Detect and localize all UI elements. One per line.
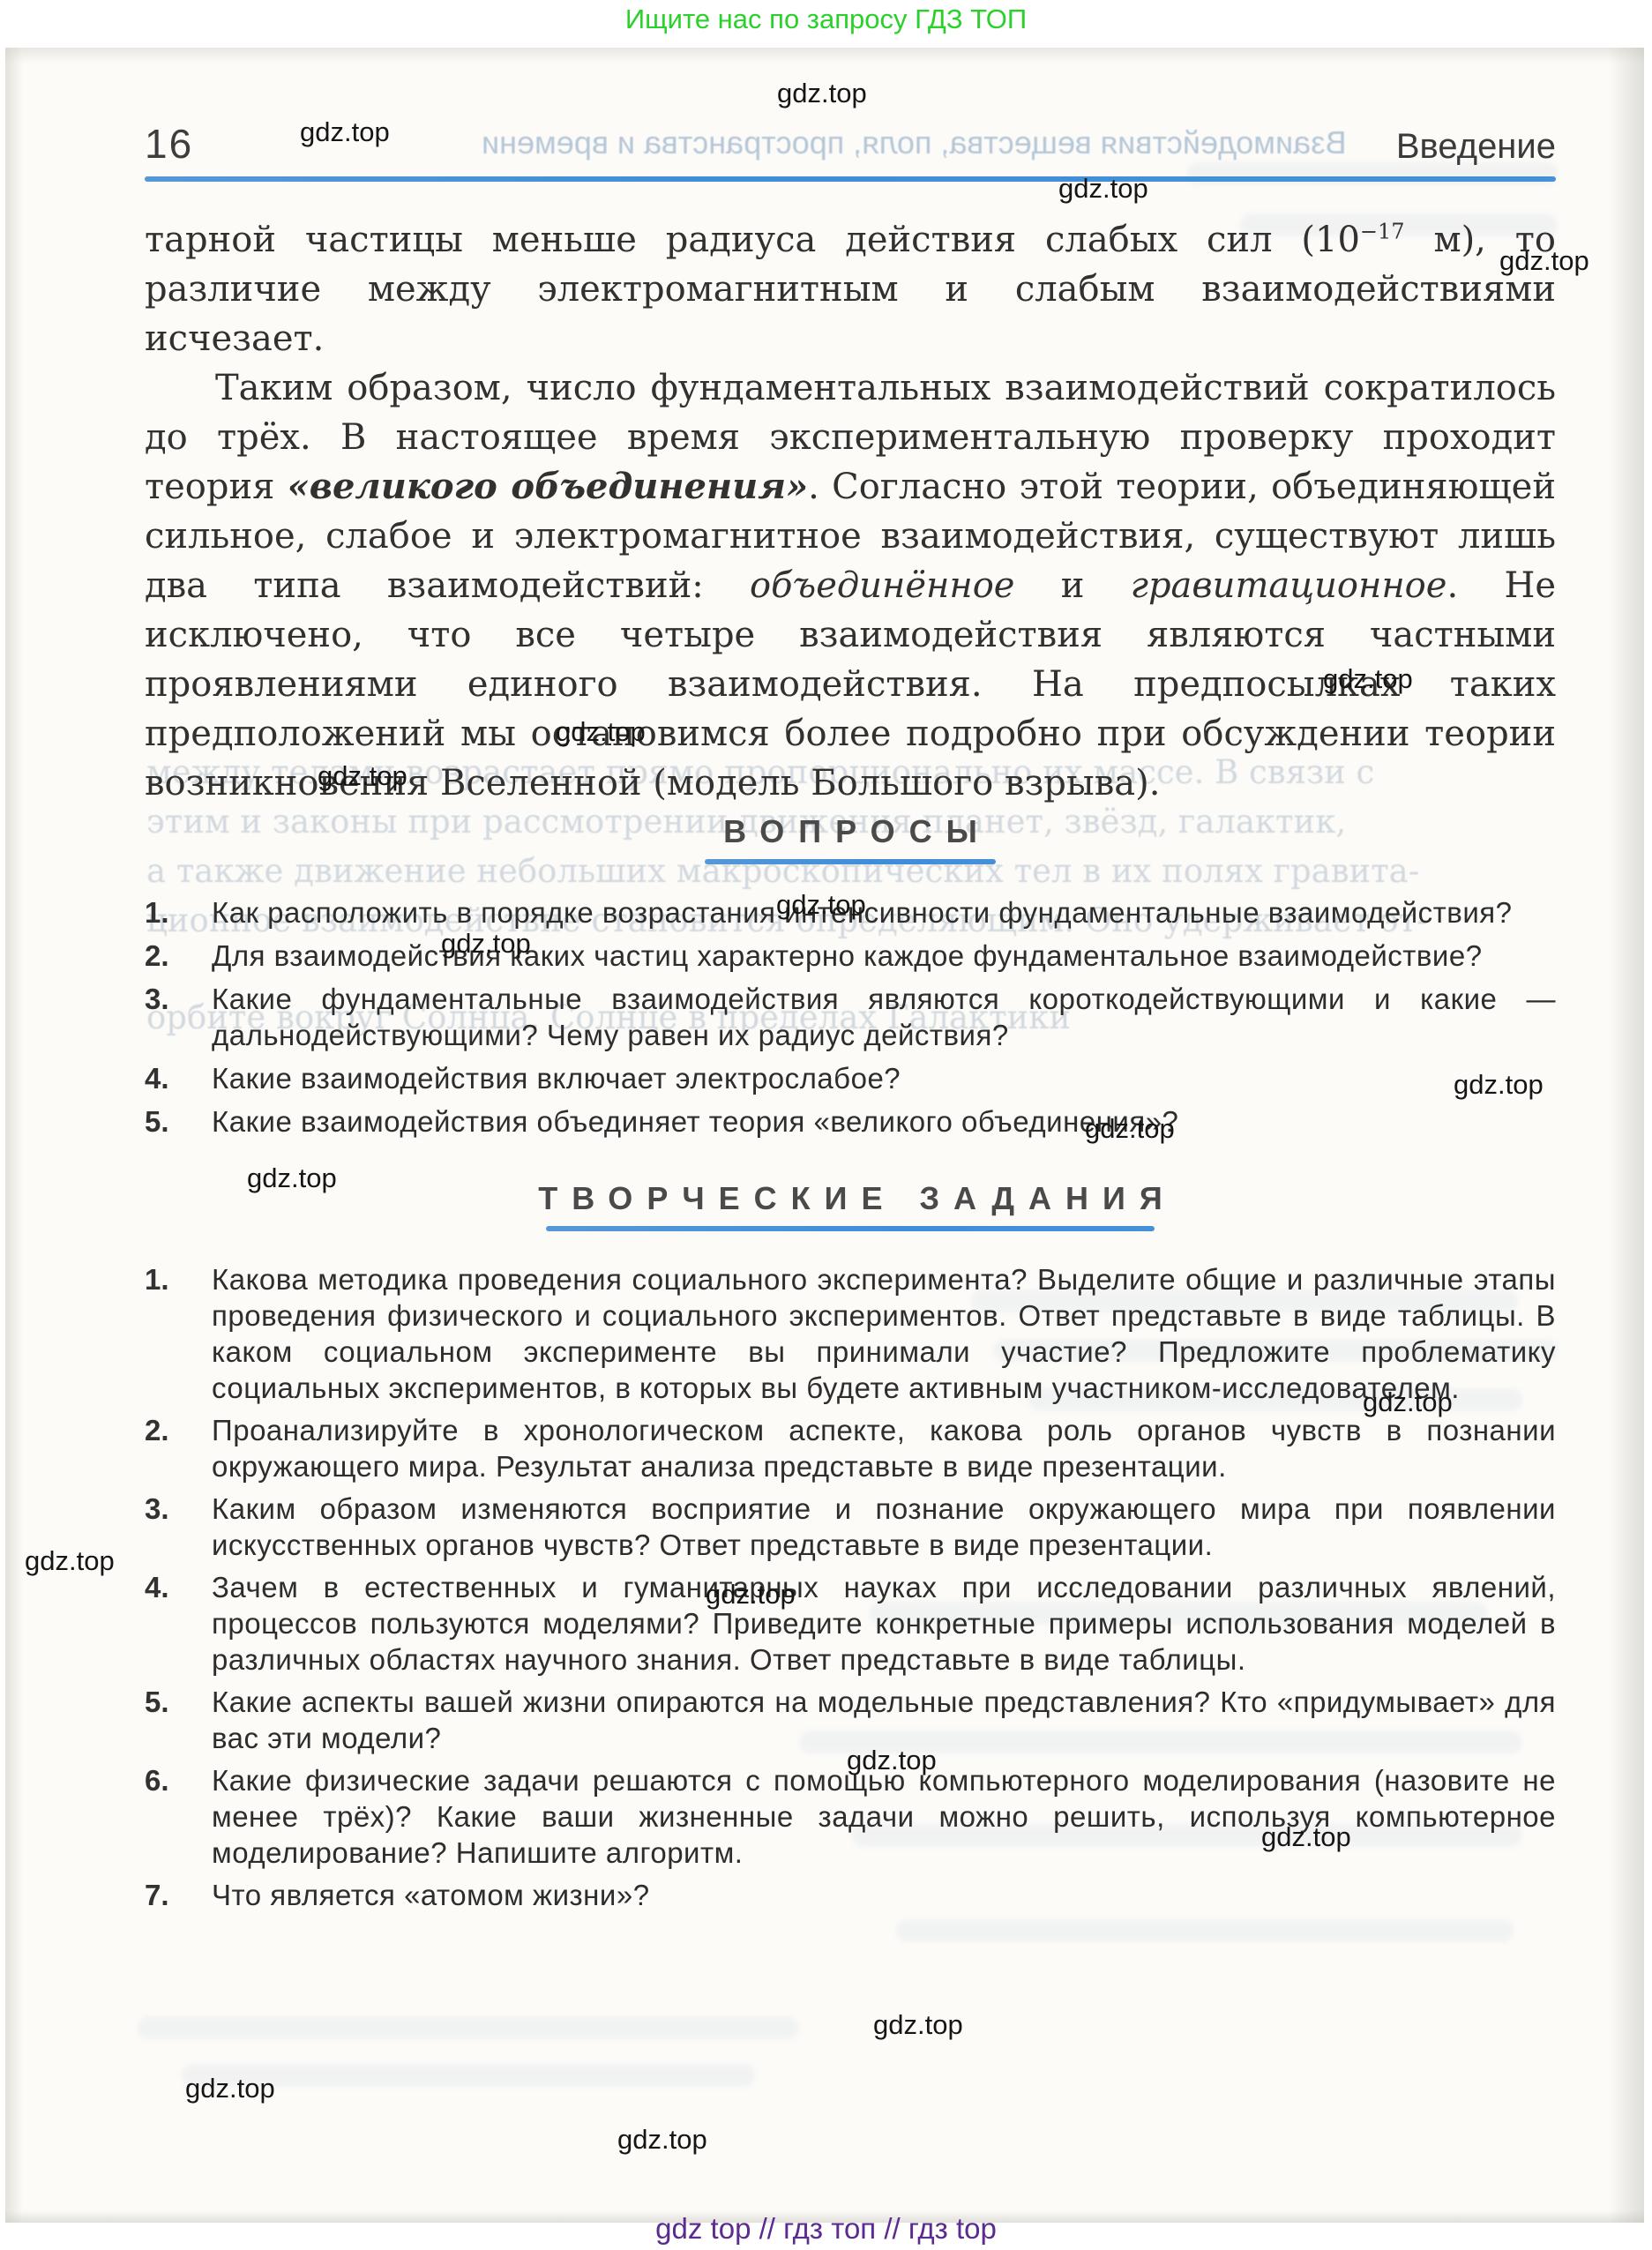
tasks-list: 1. Какова методика проведения социальног… xyxy=(145,1261,1556,1913)
task-item: 7. Что является «атомом жизни»? xyxy=(145,1877,1556,1913)
task-number: 2. xyxy=(145,1412,212,1484)
question-text: Какие взаимодействия объединяет теория «… xyxy=(212,1103,1556,1140)
question-number: 5. xyxy=(145,1103,212,1140)
promo-text: Ищите нас по запросу ГДЗ ТОП xyxy=(625,4,1027,34)
task-item: 4. Зачем в естественных и гуманитарных н… xyxy=(145,1569,1556,1678)
task-item: 2. Проанализируйте в хронологическом асп… xyxy=(145,1412,1556,1484)
watermark: gdz.top xyxy=(1499,245,1589,277)
intro-paragraph-1: тарной частицы меньше радиуса действия с… xyxy=(145,215,1556,363)
watermark: gdz.top xyxy=(300,116,390,148)
question-item: 3. Какие фундаментальные взаимодействия … xyxy=(145,981,1556,1053)
watermark: gdz.top xyxy=(1058,173,1148,205)
questions-list: 1. Как расположить в порядке возрастания… xyxy=(145,894,1556,1140)
watermark: gdz.top xyxy=(1323,663,1413,695)
task-number: 3. xyxy=(145,1491,212,1563)
watermark: gdz.top xyxy=(556,716,646,748)
task-item: 3. Каким образом изменяются восприятие и… xyxy=(145,1491,1556,1563)
task-text: Зачем в естественных и гуманитарных наук… xyxy=(212,1569,1556,1678)
task-text: Каким образом изменяются восприятие и по… xyxy=(212,1491,1556,1563)
task-text: Какие физические задачи решаются с помощ… xyxy=(212,1762,1556,1871)
task-item: 1. Какова методика проведения социальног… xyxy=(145,1261,1556,1406)
bleed-smudge xyxy=(138,2016,799,2039)
watermark: gdz.top xyxy=(706,1579,796,1611)
header-rule xyxy=(145,176,1556,182)
emphasis-grand-unification: «великого объединения» xyxy=(288,466,808,507)
watermark: gdz.top xyxy=(777,78,867,109)
bleed-smudge xyxy=(896,1919,1514,1942)
question-number: 1. xyxy=(145,894,212,931)
watermark: gdz.top xyxy=(873,2009,963,2041)
task-number: 4. xyxy=(145,1569,212,1678)
watermark: gdz.top xyxy=(185,2073,275,2104)
chapter-title: Введение xyxy=(1396,127,1556,167)
question-item: 2. Для взаимодействия каких частиц харак… xyxy=(145,938,1556,974)
watermark: gdz.top xyxy=(25,1545,115,1577)
question-text: Какие взаимодействия включает электросла… xyxy=(212,1060,1556,1096)
promo-banner: Ищите нас по запросу ГДЗ ТОП xyxy=(0,4,1652,35)
task-text: Что является «атомом жизни»? xyxy=(212,1877,1556,1913)
questions-underline xyxy=(705,859,996,864)
watermark: gdz.top xyxy=(617,2124,707,2156)
watermark: gdz.top xyxy=(247,1162,337,1194)
question-item: 5. Какие взаимодействия объединяет теори… xyxy=(145,1103,1556,1140)
task-number: 1. xyxy=(145,1261,212,1406)
intro-text: тарной частицы меньше радиуса действия с… xyxy=(145,215,1556,808)
tasks-heading: ТВОРЧЕСКИЕ ЗАДАНИЯ xyxy=(145,1180,1556,1217)
task-item: 6. Какие физические задачи решаются с по… xyxy=(145,1762,1556,1871)
watermark: gdz.top xyxy=(318,760,407,792)
question-number: 2. xyxy=(145,938,212,974)
watermark: gdz.top xyxy=(1363,1387,1453,1418)
watermark: gdz.top xyxy=(1085,1113,1175,1145)
watermark: gdz.top xyxy=(441,928,531,960)
task-number: 6. xyxy=(145,1762,212,1871)
watermark: gdz.top xyxy=(1261,1821,1351,1853)
questions-heading: ВОПРОСЫ xyxy=(145,813,1556,850)
superscript-exponent: −17 xyxy=(1360,220,1405,244)
question-number: 4. xyxy=(145,1060,212,1096)
footer-banner: gdz top // гдз топ // гдз top xyxy=(0,2212,1652,2246)
question-item: 4. Какие взаимодействия включает электро… xyxy=(145,1060,1556,1096)
tasks-underline xyxy=(546,1226,1155,1231)
task-number: 5. xyxy=(145,1684,212,1756)
emphasis-gravitational: гравитационное xyxy=(1131,565,1447,606)
question-text: Как расположить в порядке возрастания ин… xyxy=(212,894,1556,931)
watermark: gdz.top xyxy=(776,889,866,921)
watermark: gdz.top xyxy=(847,1745,937,1776)
task-number: 7. xyxy=(145,1877,212,1913)
question-number: 3. xyxy=(145,981,212,1053)
scanned-page: Взаимодействия вещества, поля, пространс… xyxy=(5,48,1644,2223)
task-text: Проанализируйте в хронологическом аспект… xyxy=(212,1412,1556,1484)
task-text: Какова методика проведения социального э… xyxy=(212,1261,1556,1406)
question-text: Какие фундаментальные взаимодействия явл… xyxy=(212,981,1556,1053)
watermark: gdz.top xyxy=(1454,1069,1544,1101)
emphasis-unified: объединённое xyxy=(750,565,1014,606)
page-number: 16 xyxy=(145,120,193,168)
footer-text: gdz top // гдз топ // гдз top xyxy=(655,2212,997,2245)
intro-paragraph-2: Таким образом, число фундаментальных вза… xyxy=(145,363,1556,808)
question-text: Для взаимодействия каких частиц характер… xyxy=(212,938,1556,974)
